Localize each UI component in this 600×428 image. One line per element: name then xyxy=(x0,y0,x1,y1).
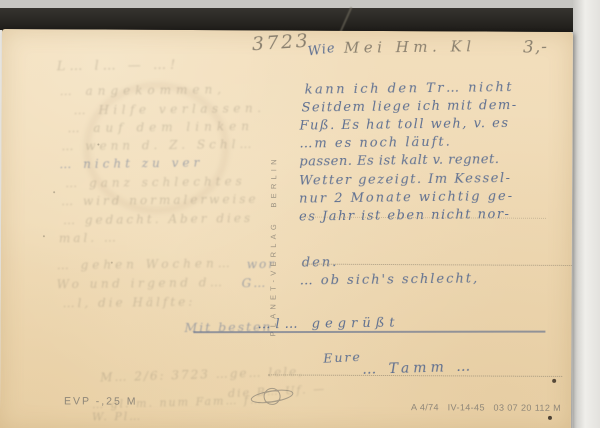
paper-speck xyxy=(111,262,113,264)
handwriting-text: … wenn d. Z. Schl… xyxy=(61,137,255,153)
handwriting-text: Wetter gezeigt. Im Kessel- xyxy=(299,171,511,189)
handwriting-text: L… l… — …! xyxy=(57,58,180,74)
postcard: PLANET-VERLAG BERLIN EVP -,25 M A 4/74 I… xyxy=(0,29,573,428)
publisher-vertical-text: PLANET-VERLAG BERLIN xyxy=(268,155,278,336)
handwriting-text: Eure xyxy=(323,349,362,366)
handwriting-text: … gehen Wochen… xyxy=(57,256,234,272)
print-code: A 4/74 IV-14-45 03 07 20 112 M xyxy=(411,402,561,413)
scanner-side-strip xyxy=(573,0,600,428)
handwriting-text: passen. Es ist kalt v. regnet. xyxy=(299,152,499,169)
handwriting-text: wor xyxy=(247,257,276,271)
handwriting-text: Mei Hm. Kl xyxy=(344,37,476,57)
handwritten-strike-line xyxy=(193,331,545,333)
handwriting-text: mal. … xyxy=(59,231,119,246)
handwriting-text: … ganz schlechtes xyxy=(65,174,246,190)
paper-speck xyxy=(548,416,552,420)
handwriting-text: … wird normalerweise xyxy=(61,192,259,208)
handwriting-text: kann ich den Tr… nicht xyxy=(305,80,515,98)
handwriting-text: 3,- xyxy=(523,37,549,58)
handwriting-text: … gedacht. Aber dies xyxy=(63,211,253,227)
handwriting-text: nur 2 Monate wichtig ge- xyxy=(299,189,514,207)
handwriting-text: W. Pl… xyxy=(92,410,142,424)
handwriting-text: …m es noch läuft. xyxy=(299,135,452,152)
paper-speck xyxy=(97,144,99,146)
handwriting-text: 3723 xyxy=(251,30,311,56)
handwriting-text: … ange­kommen, xyxy=(60,82,227,98)
paper-speck xyxy=(43,235,45,237)
handwriting-text: … ob sich's schlecht, xyxy=(300,271,480,288)
handwriting-text: …l, die Hälfte: xyxy=(62,295,195,311)
printed-dotted-line xyxy=(268,374,562,377)
handwriting-text: … auf dem linken xyxy=(67,119,254,135)
handwriting-text: Wo und irgend d… xyxy=(57,275,226,291)
paper-speck xyxy=(53,191,55,193)
handwriting-text: Wie xyxy=(307,41,337,60)
handwriting-text: … nicht zu ver xyxy=(59,156,203,172)
printed-dotted-line xyxy=(302,264,572,266)
handwriting-text: G… xyxy=(242,276,268,290)
paper-speck xyxy=(552,379,556,383)
handwriting-text: … Hilfe verlassen. xyxy=(73,101,265,117)
scanner-dark-band xyxy=(0,8,600,32)
handwriting-text: …l… gegrüßt xyxy=(257,316,399,333)
handwriting-text: Fuß. Es hat toll weh, v. es xyxy=(299,116,509,134)
handwriting-text: Seitdem liege ich mit dem- xyxy=(301,98,517,116)
postcard-scan: PLANET-VERLAG BERLIN EVP -,25 M A 4/74 I… xyxy=(0,0,600,428)
